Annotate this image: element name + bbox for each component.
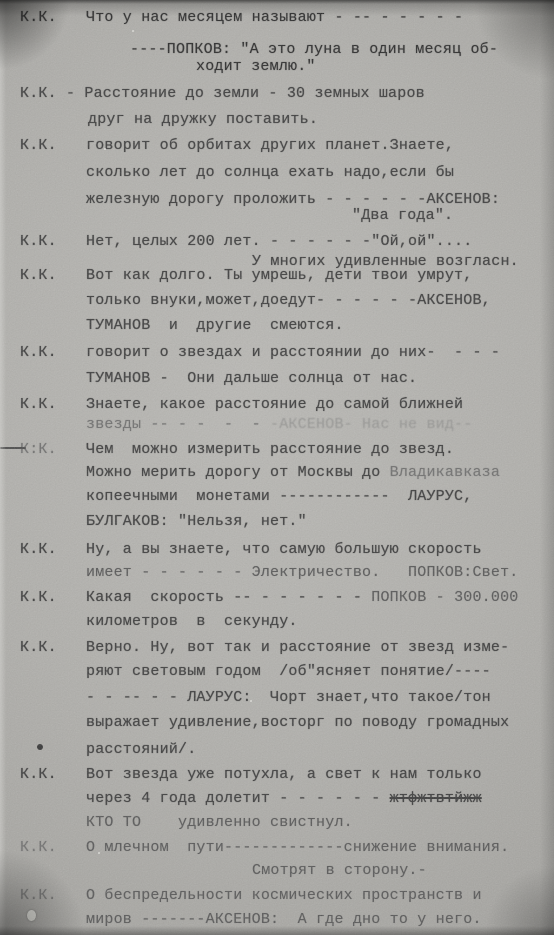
line-text: миров -------АКСЕНОВ: А где дно то у нег… bbox=[86, 910, 482, 930]
line-text: Можно мерить дорогу от Москвы до Владика… bbox=[86, 463, 500, 483]
speaker-label: К.К. bbox=[20, 8, 57, 28]
line-text: Нет, целых 200 лет. - - - - - -"Ой,ой"..… bbox=[86, 232, 472, 252]
transcript-line: миров -------АКСЕНОВ: А где дно то у нег… bbox=[0, 910, 554, 932]
transcript-line: К.К.Нет, целых 200 лет. - - - - - -"Ой,о… bbox=[0, 232, 554, 254]
transcript-line: звезды -- - - - - -АКСЕНОВ- Нас не вид-- bbox=[0, 415, 554, 437]
speaker-label: К.К. bbox=[20, 638, 57, 658]
text-segment: ТУМАНОВ - Они дальше солнца от нас. bbox=[86, 370, 417, 387]
text-segment: имеет - - - - - - Электричество. ПОПКОВ:… bbox=[86, 564, 518, 581]
line-text: выражает удивление,восторг по поводу гро… bbox=[86, 713, 509, 733]
paper-defect bbox=[27, 910, 36, 921]
transcript-line: К.К.Вот звезда уже потухла, а свет к нам… bbox=[0, 765, 554, 787]
text-segment: Владикавказа bbox=[390, 464, 500, 481]
transcript-line: К:К.Чем можно измерить расстояние до зве… bbox=[0, 440, 554, 462]
document-page: К.К.Что у нас месяцем называют - -- - - … bbox=[0, 0, 554, 935]
text-segment: Что у нас месяцем называют - -- - - - - … bbox=[86, 9, 463, 26]
transcript-line: К.К.- Расстояние до земли - 30 земных ша… bbox=[0, 84, 554, 106]
text-segment: Знаете, какое расстояние до самой ближне… bbox=[86, 396, 463, 413]
line-text: через 4 года долетит - - - - - - жтфжтвт… bbox=[86, 789, 482, 809]
line-text: Верно. Ну, вот так и расстояние от звезд… bbox=[86, 638, 509, 658]
line-text: О млечном пути-------------снижение вним… bbox=[86, 838, 509, 858]
line-text: - - -- - - ЛАУРУС: Чорт знает,что такое/… bbox=[86, 688, 491, 708]
line-text: Вот звезда уже потухла, а свет к нам тол… bbox=[86, 765, 482, 785]
text-segment: ряют световым годом /об"ясняет понятие/-… bbox=[86, 663, 491, 680]
speaker-label: К.К. bbox=[20, 540, 57, 560]
speaker-label: К.К. bbox=[20, 838, 57, 858]
text-segment: - - -- - - ЛАУРУС: Чорт знает,что такое/… bbox=[86, 689, 491, 706]
line-text: километров в секунду. bbox=[86, 612, 298, 632]
line-text: Какая скорость -- - - - - - - ПОПКОВ - 3… bbox=[86, 588, 518, 608]
line-text: Смотрят в сторону.- bbox=[252, 861, 427, 881]
transcript-line: К.К.Вот как долго. Ты умрешь, дети твои … bbox=[0, 266, 554, 288]
transcript-line: К.К.говорит о звездах и расстоянии до ни… bbox=[0, 343, 554, 365]
text-segment: О беспредельности космических пространст… bbox=[86, 887, 482, 904]
line-text: копеечными монетами ------------ ЛАУРУС, bbox=[86, 487, 472, 507]
text-segment: -АКСЕНОВ- Нас не вид-- bbox=[270, 416, 472, 433]
text-segment: Верно. Ну, вот так и расстояние от звезд… bbox=[86, 639, 509, 656]
transcript-line: БУЛГАКОВ: "Нельзя, нет." bbox=[0, 512, 554, 534]
transcript-line: имеет - - - - - - Электричество. ПОПКОВ:… bbox=[0, 563, 554, 585]
speaker-label: К.К. bbox=[20, 84, 57, 104]
line-text: - Расстояние до земли - 30 земных шаров bbox=[66, 84, 425, 104]
speaker-label: К.К. bbox=[20, 136, 57, 156]
text-segment: Можно мерить дорогу от Москвы до bbox=[86, 464, 390, 481]
line-text: ряют световым годом /об"ясняет понятие/-… bbox=[86, 662, 491, 682]
text-segment: ----ПОПКОВ: "А это луна в один месяц об- bbox=[130, 41, 498, 58]
line-text: друг на дружку поставить. bbox=[88, 110, 318, 130]
line-text: Что у нас месяцем называют - -- - - - - … bbox=[86, 8, 463, 28]
speaker-label: К:К. bbox=[20, 440, 57, 460]
transcript-line: только внуки,может,доедут- - - - - -АКСЕ… bbox=[0, 291, 554, 313]
line-text: Ну, а вы знаете, что самую большую скоро… bbox=[86, 540, 482, 560]
transcript-line: - - -- - - ЛАУРУС: Чорт знает,что такое/… bbox=[0, 688, 554, 710]
transcript-line: друг на дружку поставить. bbox=[0, 110, 554, 132]
transcript-line: сколько лет до солнца ехать надо,если бы bbox=[0, 163, 554, 185]
transcript-line: К.К.Что у нас месяцем называют - -- - - … bbox=[0, 8, 554, 30]
transcript-line: К.К.Какая скорость -- - - - - - - ПОПКОВ… bbox=[0, 588, 554, 610]
text-segment: через 4 года долетит - - - - - - bbox=[86, 790, 390, 807]
text-segment: говорит о звездах и расстоянии до них- -… bbox=[86, 344, 500, 361]
transcript-line: ходит землю." bbox=[0, 57, 554, 79]
line-text: говорит о звездах и расстоянии до них- -… bbox=[86, 343, 500, 363]
line-text: БУЛГАКОВ: "Нельзя, нет." bbox=[86, 512, 307, 532]
text-segment: копеечными монетами ------------ ЛАУРУС, bbox=[86, 488, 472, 505]
line-text: КТО ТО удивленно свистнул. bbox=[86, 813, 353, 833]
line-text: расстояний/. bbox=[86, 740, 196, 760]
line-text: "Два года". bbox=[352, 206, 453, 226]
text-segment: говорит об орбитах других планет.Знаете, bbox=[86, 137, 454, 154]
text-segment: Чем можно измерить расстояние до звезд. bbox=[86, 441, 454, 458]
paper-speck bbox=[98, 852, 100, 854]
text-segment: - Расстояние до земли - 30 земных шаров bbox=[66, 85, 425, 102]
transcript-line: К.К.говорит об орбитах других планет.Зна… bbox=[0, 136, 554, 158]
line-text: О беспредельности космических пространст… bbox=[86, 886, 482, 906]
text-segment: КТО ТО удивленно свистнул. bbox=[86, 814, 353, 831]
transcript-line: КТО ТО удивленно свистнул. bbox=[0, 813, 554, 835]
ink-dot-mark bbox=[37, 744, 43, 750]
transcript-line: километров в секунду. bbox=[0, 612, 554, 634]
transcript-line: К.К.Верно. Ну, вот так и расстояние от з… bbox=[0, 638, 554, 660]
line-text: звезды -- - - - - -АКСЕНОВ- Нас не вид-- bbox=[86, 415, 472, 435]
transcript-line: К.К.О млечном пути-------------снижение … bbox=[0, 838, 554, 860]
strikeout-text: жтфжтвтйжж bbox=[390, 790, 482, 807]
line-text: ТУМАНОВ и другие смеются. bbox=[86, 316, 344, 336]
line-text: имеет - - - - - - Электричество. ПОПКОВ:… bbox=[86, 563, 518, 583]
text-segment: ходит землю." bbox=[196, 58, 316, 75]
speaker-label: К.К. bbox=[20, 266, 57, 286]
text-segment: километров в секунду. bbox=[86, 613, 298, 630]
line-text: сколько лет до солнца ехать надо,если бы bbox=[86, 163, 454, 183]
line-text: ТУМАНОВ - Они дальше солнца от нас. bbox=[86, 369, 417, 389]
transcript-line: К.К.Знаете, какое расстояние до самой бл… bbox=[0, 395, 554, 417]
text-segment: только внуки,может,доедут- - - - - -АКСЕ… bbox=[86, 292, 491, 309]
text-segment: ПОПКОВ - 300.000 bbox=[371, 589, 518, 606]
text-segment: Вот звезда уже потухла, а свет к нам тол… bbox=[86, 766, 482, 783]
speaker-label: К.К. bbox=[20, 588, 57, 608]
transcript-line: копеечными монетами ------------ ЛАУРУС, bbox=[0, 487, 554, 509]
paper-speck bbox=[104, 148, 106, 150]
transcript-line: через 4 года долетит - - - - - - жтфжтвт… bbox=[0, 789, 554, 811]
text-segment: "Два года". bbox=[352, 207, 453, 224]
transcript-line: Можно мерить дорогу от Москвы до Владика… bbox=[0, 463, 554, 485]
text-segment: ТУМАНОВ и другие смеются. bbox=[86, 317, 344, 334]
transcript-line: выражает удивление,восторг по поводу гро… bbox=[0, 713, 554, 735]
line-text: Вот как долго. Ты умрешь, дети твои умру… bbox=[86, 266, 472, 286]
transcript-line: Смотрят в сторону.- bbox=[0, 861, 554, 883]
text-segment: сколько лет до солнца ехать надо,если бы bbox=[86, 164, 454, 181]
transcript-line: ТУМАНОВ и другие смеются. bbox=[0, 316, 554, 338]
transcript-line: ТУМАНОВ - Они дальше солнца от нас. bbox=[0, 369, 554, 391]
text-segment: друг на дружку поставить. bbox=[88, 111, 318, 128]
text-segment: БУЛГАКОВ: "Нельзя, нет." bbox=[86, 513, 307, 530]
text-segment: О млечном пути-------------снижение вним… bbox=[86, 839, 509, 856]
text-segment: расстояний/. bbox=[86, 741, 196, 758]
paper-speck bbox=[132, 30, 134, 32]
paper-speck bbox=[250, 700, 252, 702]
speaker-label: К.К. bbox=[20, 886, 57, 906]
text-segment: Ну, а вы знаете, что самую большую скоро… bbox=[86, 541, 482, 558]
text-segment: Смотрят в сторону.- bbox=[252, 862, 427, 879]
transcript-line: К.К.О беспредельности космических простр… bbox=[0, 886, 554, 908]
text-segment: миров -------АКСЕНОВ: А где дно то у нег… bbox=[86, 911, 482, 928]
speaker-label: К.К. bbox=[20, 343, 57, 363]
transcript-line: "Два года". bbox=[0, 206, 554, 228]
line-text: только внуки,может,доедут- - - - - -АКСЕ… bbox=[86, 291, 491, 311]
text-segment: Какая скорость -- - - - - - - bbox=[86, 589, 371, 606]
speaker-label: К.К. bbox=[20, 232, 57, 252]
text-segment: звезды -- - - - - bbox=[86, 416, 270, 433]
pen-mark bbox=[0, 447, 26, 449]
text-segment: Нет, целых 200 лет. - - - - - -"Ой,ой"..… bbox=[86, 233, 472, 250]
speaker-label: К.К. bbox=[20, 765, 57, 785]
text-segment: Вот как долго. Ты умрешь, дети твои умру… bbox=[86, 267, 472, 284]
transcript-line: ряют световым годом /об"ясняет понятие/-… bbox=[0, 662, 554, 684]
line-text: Знаете, какое расстояние до самой ближне… bbox=[86, 395, 463, 415]
text-segment: выражает удивление,восторг по поводу гро… bbox=[86, 714, 509, 731]
line-text: Чем можно измерить расстояние до звезд. bbox=[86, 440, 454, 460]
transcript-line: расстояний/. bbox=[0, 740, 554, 762]
line-text: ходит землю." bbox=[196, 57, 316, 77]
speaker-label: К.К. bbox=[20, 395, 57, 415]
transcript-line: К.К.Ну, а вы знаете, что самую большую с… bbox=[0, 540, 554, 562]
line-text: говорит об орбитах других планет.Знаете, bbox=[86, 136, 454, 156]
